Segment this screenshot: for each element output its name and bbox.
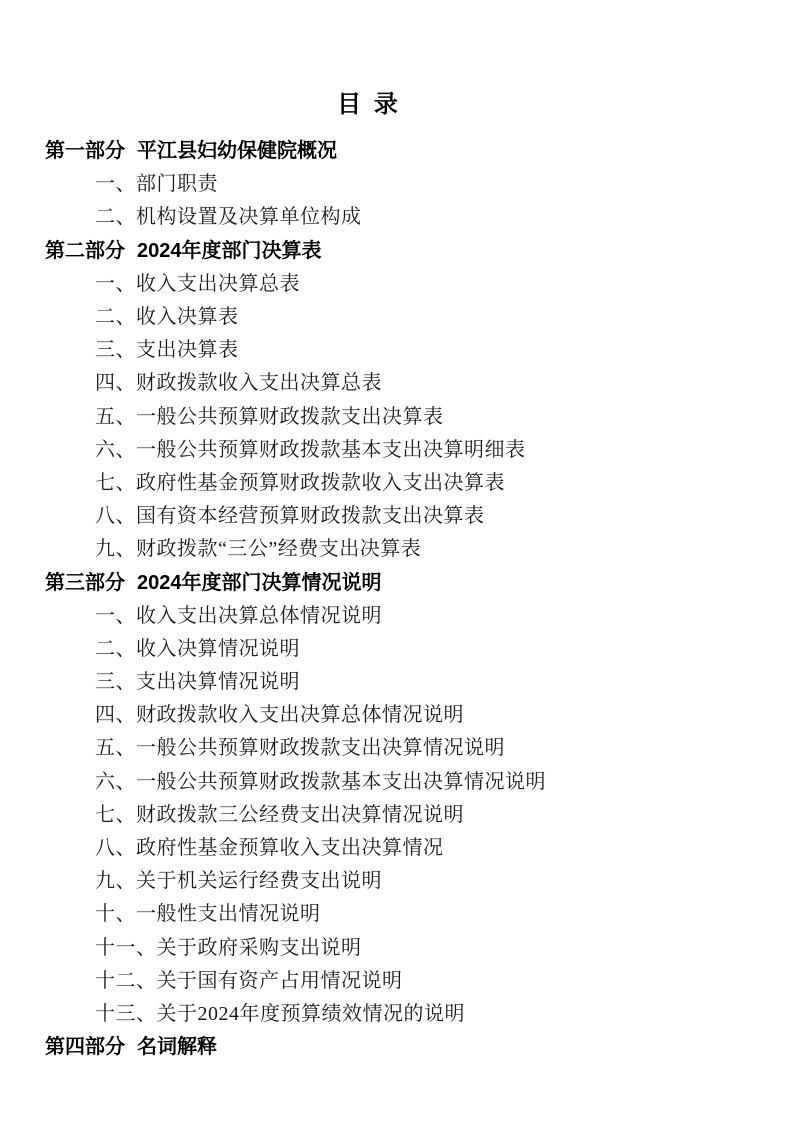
toc-item: 十、一般性支出情况说明 <box>45 895 693 928</box>
toc-item: 九、关于机关运行经费支出说明 <box>45 862 693 895</box>
toc-item: 六、一般公共预算财政拨款基本支出决算情况说明 <box>45 763 693 796</box>
toc-item: 七、财政拨款三公经费支出决算情况说明 <box>45 796 693 829</box>
toc-item: 四、财政拨款收入支出决算总表 <box>45 364 693 397</box>
toc-item: 四、财政拨款收入支出决算总体情况说明 <box>45 696 693 729</box>
toc-item: 五、一般公共预算财政拨款支出决算情况说明 <box>45 729 693 762</box>
toc-item: 三、支出决算情况说明 <box>45 663 693 696</box>
toc-item: 六、一般公共预算财政拨款基本支出决算明细表 <box>45 431 693 464</box>
section-title: 2024年度部门决算情况说明 <box>137 566 382 595</box>
section-label: 第一部分 <box>45 134 125 163</box>
toc-item: 十二、关于国有资产占用情况说明 <box>45 962 693 995</box>
section-title: 名词解释 <box>137 1030 217 1059</box>
toc-item: 一、收入支出决算总表 <box>45 265 693 298</box>
toc-item: 十一、关于政府采购支出说明 <box>45 929 693 962</box>
toc-content: 目 录 第一部分平江县妇幼保健院概况一、部门职责二、机构设置及决算单位构成第二部… <box>0 0 793 1061</box>
section-title: 平江县妇幼保健院概况 <box>137 134 337 163</box>
toc-section-heading-4: 第四部分名词解释 <box>45 1028 693 1061</box>
toc-item: 五、一般公共预算财政拨款支出决算表 <box>45 398 693 431</box>
toc-item: 九、财政拨款“三公”经费支出决算表 <box>45 530 693 563</box>
section-label: 第三部分 <box>45 566 125 595</box>
toc-item: 十三、关于2024年度预算绩效情况的说明 <box>45 995 693 1028</box>
toc-section-heading-1: 第一部分平江县妇幼保健院概况 <box>45 132 693 165</box>
section-label: 第二部分 <box>45 234 125 263</box>
toc-item: 一、收入支出决算总体情况说明 <box>45 597 693 630</box>
toc-item: 七、政府性基金预算财政拨款收入支出决算表 <box>45 464 693 497</box>
toc-item: 一、部门职责 <box>45 165 693 198</box>
section-label: 第四部分 <box>45 1030 125 1059</box>
toc-item: 三、支出决算表 <box>45 331 693 364</box>
toc-section-heading-2: 第二部分2024年度部门决算表 <box>45 232 693 265</box>
toc-item: 二、机构设置及决算单位构成 <box>45 198 693 231</box>
toc-item: 八、国有资本经营预算财政拨款支出决算表 <box>45 497 693 530</box>
toc-section-heading-3: 第三部分2024年度部门决算情况说明 <box>45 563 693 596</box>
section-title: 2024年度部门决算表 <box>137 234 322 263</box>
document-page: 目 录 第一部分平江县妇幼保健院概况一、部门职责二、机构设置及决算单位构成第二部… <box>0 0 793 1122</box>
page-title: 目 录 <box>45 86 693 124</box>
toc-item: 二、收入决算情况说明 <box>45 630 693 663</box>
toc-item: 八、政府性基金预算收入支出决算情况 <box>45 829 693 862</box>
toc-list: 第一部分平江县妇幼保健院概况一、部门职责二、机构设置及决算单位构成第二部分202… <box>45 132 693 1061</box>
toc-item: 二、收入决算表 <box>45 298 693 331</box>
